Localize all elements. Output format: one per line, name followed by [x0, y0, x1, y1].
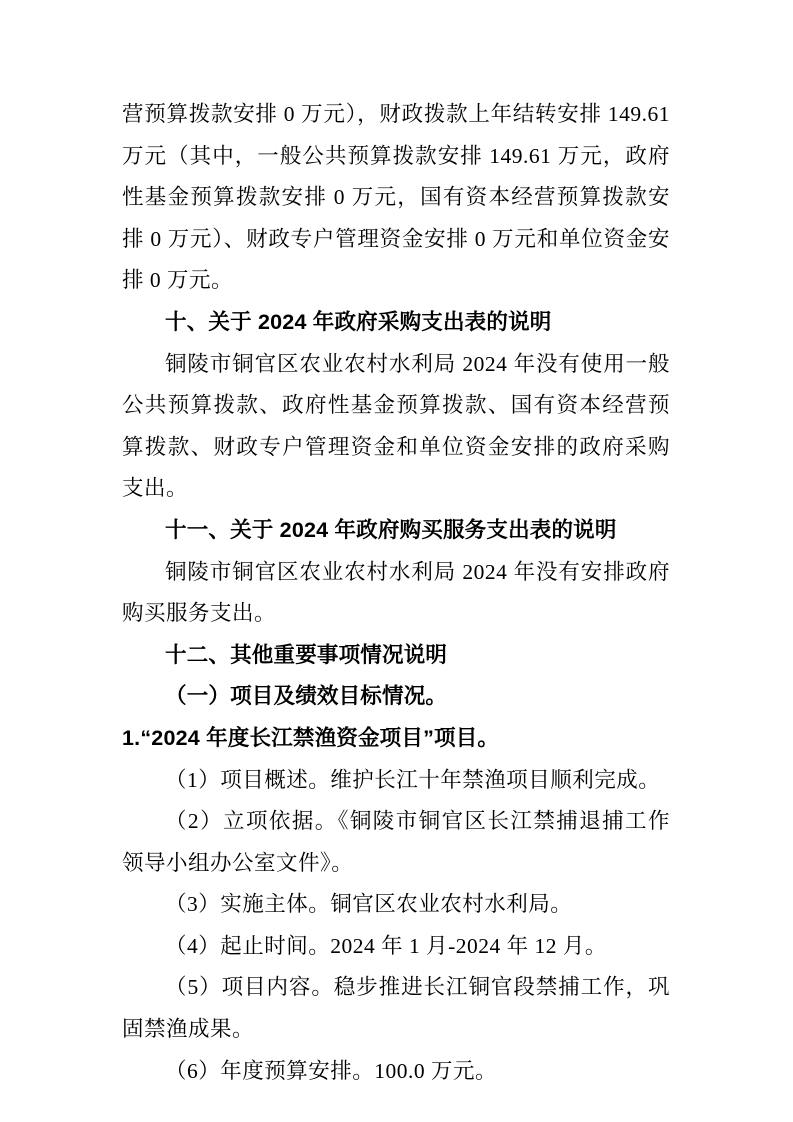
paragraph-project-annual-budget: （6）年度预算安排。100.0 万元。 — [122, 1051, 670, 1093]
paragraph-project-content: （5）项目内容。稳步推进长江铜官段禁捕工作，巩固禁渔成果。 — [122, 967, 670, 1050]
paragraph-gov-purchased-services-body: 铜陵市铜官区农业农村水利局 2024 年没有安排政府购买服务支出。 — [122, 552, 670, 635]
project-heading-yangtze-fishing-ban-fund: 1.“2024 年度长江禁渔资金项目”项目。 — [122, 718, 670, 760]
paragraph-project-duration: （4）起止时间。2024 年 1 月-2024 年 12 月。 — [122, 926, 670, 968]
paragraph-project-basis: （2）立项依据。《铜陵市铜官区长江禁捕退捕工作领导小组办公室文件》。 — [122, 801, 670, 884]
document-page: 营预算拨款安排 0 万元），财政拨款上年结转安排 149.61 万元（其中，一般… — [0, 0, 793, 1122]
sub-heading-project-performance: （一）项目及绩效目标情况。 — [122, 676, 670, 718]
section-heading-11-gov-purchased-services: 十一、关于 2024 年政府购买服务支出表的说明 — [122, 510, 670, 552]
paragraph-gov-procurement-body: 铜陵市铜官区农业农村水利局 2024 年没有使用一般公共预算拨款、政府性基金预算… — [122, 344, 670, 510]
paragraph-budget-carryover: 营预算拨款安排 0 万元），财政拨款上年结转安排 149.61 万元（其中，一般… — [122, 94, 670, 302]
section-heading-10-gov-procurement: 十、关于 2024 年政府采购支出表的说明 — [122, 302, 670, 344]
section-heading-12-other-matters: 十二、其他重要事项情况说明 — [122, 635, 670, 677]
paragraph-project-overview: （1）项目概述。维护长江十年禁渔项目顺利完成。 — [122, 760, 670, 802]
paragraph-project-implementer: （3）实施主体。铜官区农业农村水利局。 — [122, 884, 670, 926]
